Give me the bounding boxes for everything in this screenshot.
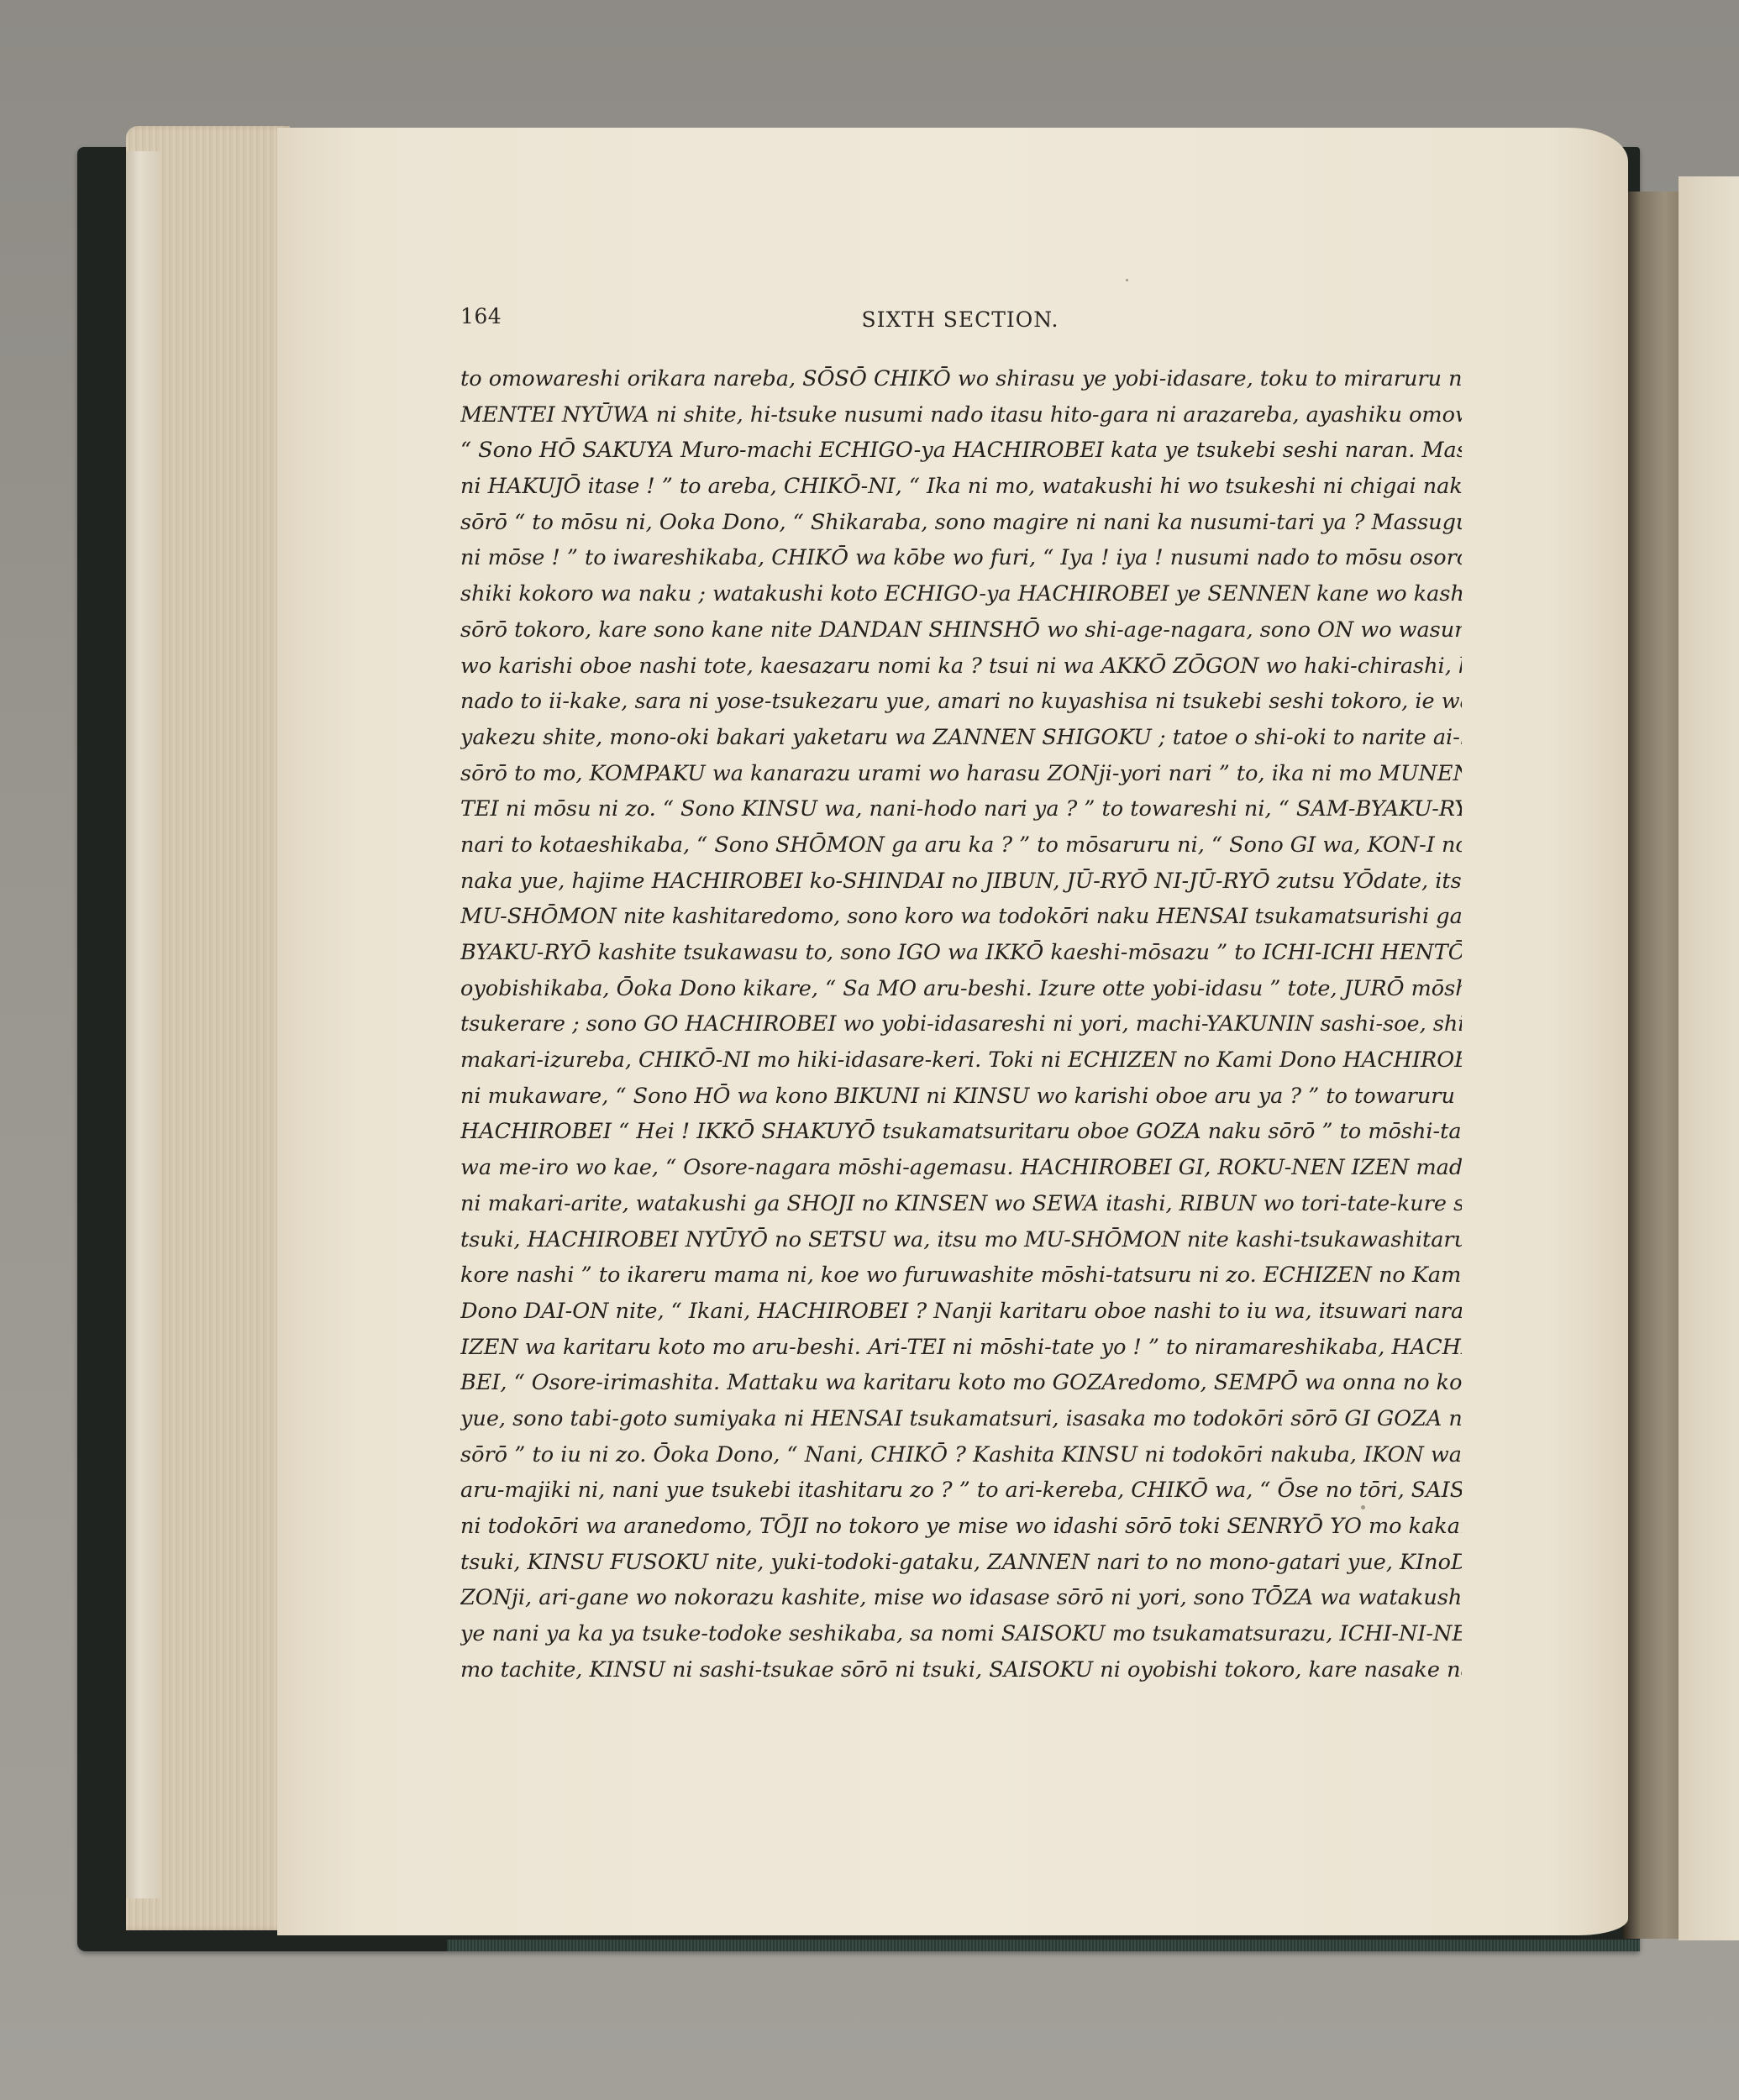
- text-line: ZONji, ari-gane wo nokorazu kashite, mis…: [460, 1580, 1462, 1616]
- text-line: ni makari-arite, watakushi ga SHOJI no K…: [460, 1186, 1462, 1222]
- text-line: MU-SHŌMON nite kashitaredomo, sono koro …: [460, 899, 1462, 935]
- text-line: BYAKU-RYŌ kashite tsukawasu to, sono IGO…: [460, 935, 1462, 971]
- text-line: Dono DAI-ON nite, “ Ikani, HACHIROBEI ? …: [460, 1294, 1462, 1330]
- text-line: mo tachite, KINSU ni sashi-tsukae sōrō n…: [460, 1652, 1462, 1688]
- cover-cloth-edge: [447, 1940, 1640, 1951]
- text-line: TEI ni mōsu ni zo. “ Sono KINSU wa, nani…: [460, 791, 1462, 827]
- text-line: ni mukaware, “ Sono HŌ wa kono BIKUNI ni…: [460, 1079, 1462, 1115]
- text-line: sōrō “ to mōsu ni, Ooka Dono, “ Shikarab…: [460, 505, 1462, 541]
- text-line: wa me-iro wo kae, “ Osore-nagara mōshi-a…: [460, 1150, 1462, 1186]
- text-line: aru-majiki ni, nani yue tsukebi itashita…: [460, 1473, 1462, 1509]
- text-line: tsuki, KINSU FUSOKU nite, yuki-todoki-ga…: [460, 1545, 1462, 1581]
- text-line: sōrō tokoro, kare sono kane nite DANDAN …: [460, 612, 1462, 648]
- text-line: to omowareshi orikara nareba, SŌSŌ CHIKŌ…: [460, 361, 1462, 397]
- running-head: SIXTH SECTION.: [460, 307, 1460, 332]
- text-line: yue, sono tabi-goto sumiyaka ni HENSAI t…: [460, 1401, 1462, 1437]
- body-text: to omowareshi orikara nareba, SŌSŌ CHIKŌ…: [460, 361, 1462, 1688]
- text-line: ni mōse ! ” to iwareshikaba, CHIKŌ wa kō…: [460, 540, 1462, 576]
- text-line: yakezu shite, mono-oki bakari yaketaru w…: [460, 720, 1462, 756]
- text-line: ni todokōri wa aranedomo, TŌJI no tokoro…: [460, 1509, 1462, 1545]
- text-line: oyobishikaba, Ōoka Dono kikare, “ Sa MO …: [460, 971, 1462, 1007]
- text-line: tsuki, HACHIROBEI NYŪYŌ no SETSU wa, its…: [460, 1222, 1462, 1258]
- text-line: MENTEI NYŪWA ni shite, hi-tsuke nusumi n…: [460, 397, 1462, 433]
- text-line: ni HAKUJŌ itase ! ” to areba, CHIKŌ-NI, …: [460, 469, 1462, 505]
- endpaper-edge: [126, 151, 160, 1898]
- text-line: ye nani ya ka ya tsuke-todoke seshikaba,…: [460, 1616, 1462, 1652]
- text-line: kore nashi ” to ikareru mama ni, koe wo …: [460, 1257, 1462, 1294]
- text-line: nari to kotaeshikaba, “ Sono SHŌMON ga a…: [460, 827, 1462, 864]
- text-line: sōrō to mo, KOMPAKU wa kanarazu urami wo…: [460, 756, 1462, 792]
- paper-speck: [1126, 279, 1128, 281]
- text-line: tsukerare ; sono GO HACHIROBEI wo yobi-i…: [460, 1006, 1462, 1042]
- text-line: nado to ii-kake, sara ni yose-tsukezaru …: [460, 684, 1462, 720]
- text-line: makari-izureba, CHIKŌ-NI mo hiki-idasare…: [460, 1042, 1462, 1079]
- text-line: naka yue, hajime HACHIROBEI ko-SHINDAI n…: [460, 864, 1462, 900]
- text-line: shiki kokoro wa naku ; watakushi koto EC…: [460, 576, 1462, 612]
- page-stack-edge: [126, 126, 290, 1930]
- text-line: BEI, “ Osore-irimashita. Mattaku wa kari…: [460, 1365, 1462, 1401]
- book-gutter: [1623, 192, 1682, 1939]
- text-line: IZEN wa karitaru koto mo aru-beshi. Ari-…: [460, 1330, 1462, 1366]
- text-line: sōrō ” to iu ni zo. Ōoka Dono, “ Nani, C…: [460, 1437, 1462, 1473]
- text-line: HACHIROBEI “ Hei ! IKKŌ SHAKUYŌ tsukamat…: [460, 1114, 1462, 1150]
- text-line: “ Sono HŌ SAKUYA Muro-machi ECHIGO-ya HA…: [460, 433, 1462, 469]
- text-line: wo karishi oboe nashi tote, kaesazaru no…: [460, 648, 1462, 685]
- facing-page-edge: [1679, 176, 1739, 1940]
- page-header: 164 SIXTH SECTION.: [460, 304, 1460, 338]
